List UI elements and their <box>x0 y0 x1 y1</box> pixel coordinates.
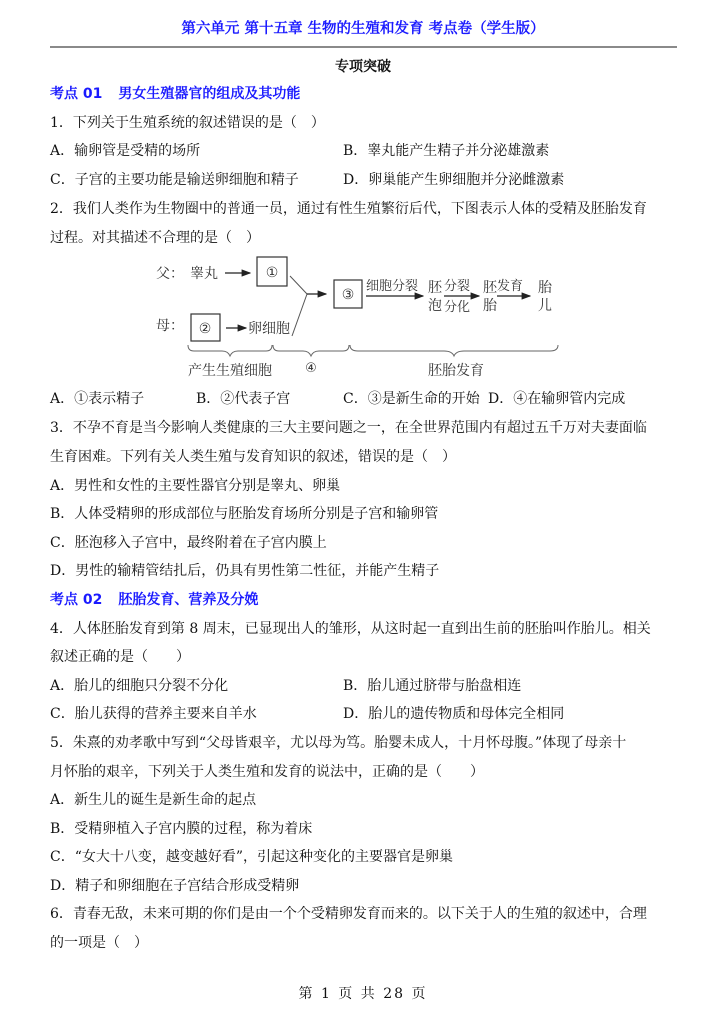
question-1-option-b: B．睾丸能产生精子并分泌雄激素 <box>343 141 549 161</box>
fertilization-diagram: 父： 睾丸 ① 母： ② 卵细胞 ③ 细胞分裂 胚 泡 分裂 <box>140 248 580 383</box>
page-number: 第 1 页 共 28 页 <box>0 983 726 1003</box>
question-6-stem-line2: 的一项是（ ） <box>50 933 148 953</box>
question-5-option-b: B．受精卵植入子宫内膜的过程，称为着床 <box>50 819 312 839</box>
egg-label: 卵细胞 <box>248 321 290 337</box>
question-5-option-d: D．精子和卵细胞在子宫结合形成受精卵 <box>50 876 299 896</box>
question-6-stem-line1: 6．青春无敌，未来可期的你们是由一个个受精卵发育而来的。以下关于人的生殖的叙述中… <box>50 904 647 924</box>
question-5-stem-line2: 月怀胎的艰辛，下列关于人类生殖和发育的说法中，正确的是（ ） <box>50 762 484 782</box>
question-5-stem-line1: 5．朱熹的劝孝歌中写到“父母皆艰辛，尤以母为笃。胎婴未成人，十月怀母腹。”体现了… <box>50 733 626 753</box>
question-3-option-d: D．男性的输精管结扎后，仍具有男性第二性征，并能产生精子 <box>50 561 439 581</box>
question-4-option-b: B．胎儿通过脐带与胎盘相连 <box>343 676 521 696</box>
question-3-option-b: B．人体受精卵的形成部位与胚胎发育场所分别是子宫和输卵管 <box>50 504 438 524</box>
question-2-stem-line2: 过程。对其描述不合理的是（ ） <box>50 228 260 248</box>
fetus-label-2: 儿 <box>538 298 552 314</box>
question-3-option-c: C．胚泡移入子宫中，最终附着在子宫内膜上 <box>50 533 327 553</box>
kaodian-title: 胚胎发育、营养及分娩 <box>118 592 258 608</box>
brace-label-4: ④ <box>305 361 317 376</box>
question-4-stem-line1: 4．人体胚胎发育到第 8 周末，已显现出人的雏形，从这时起一直到出生前的胚胎叫作… <box>50 619 651 639</box>
blastocyst-label-2: 泡 <box>428 298 442 314</box>
fetus-label-1: 胎 <box>538 280 553 296</box>
question-3-stem-line2: 生育困难。下列有关人类生殖与发育知识的叙述，错误的是（ ） <box>50 447 456 467</box>
brace-label-gamete: 产生生殖细胞 <box>188 362 272 379</box>
question-3-stem-line1: 3．不孕不育是当今影响人类健康的三大主要问题之一，在全世界范围内有超过五千万对夫… <box>50 418 647 438</box>
father-label: 父： <box>156 266 184 282</box>
split-label: 分裂 <box>444 279 470 294</box>
question-4-option-d: D．胎儿的遗传物质和母体完全相同 <box>343 704 564 724</box>
embryo-label-1: 胚 <box>483 280 498 296</box>
kaodian-code: 考点 01 <box>50 86 102 102</box>
document-page: 第六单元 第十五章 生物的生殖和发育 考点卷（学生版） 专项突破 考点 01男女… <box>0 0 726 1024</box>
question-4-option-c: C．胎儿获得的营养主要来自羊水 <box>50 704 257 724</box>
question-2-option-c: C．③是新生命的开始 <box>343 389 480 409</box>
box-2-label: ② <box>199 321 212 337</box>
cell-division-label: 细胞分裂 <box>366 279 418 294</box>
question-1-option-c: C．子宫的主要功能是输送卵细胞和精子 <box>50 170 299 190</box>
header-divider <box>50 46 677 48</box>
question-2-option-b: B．②代表子宫 <box>196 389 290 409</box>
brace-label-development: 胚胎发育 <box>428 362 484 379</box>
question-5-option-a: A．新生儿的诞生是新生命的起点 <box>50 790 256 810</box>
testis-label: 睾丸 <box>190 266 218 282</box>
question-1-option-d: D．卵巢能产生卵细胞并分泌雌激素 <box>343 170 564 190</box>
section-title: 专项突破 <box>0 56 726 76</box>
blastocyst-label-1: 胚 <box>428 280 443 296</box>
question-1-option-a: A．输卵管是受精的场所 <box>50 141 200 161</box>
differentiate-label: 分化 <box>444 300 470 315</box>
question-3-option-a: A．男性和女性的主要性器官分别是睾丸、卵巢 <box>50 476 340 496</box>
document-header-title: 第六单元 第十五章 生物的生殖和发育 考点卷（学生版） <box>0 17 726 38</box>
question-4-stem-line2: 叙述正确的是（ ） <box>50 647 190 667</box>
box-3-label: ③ <box>342 287 355 303</box>
mother-label: 母： <box>156 318 184 334</box>
question-1-stem: 1．下列关于生殖系统的叙述错误的是（ ） <box>50 113 325 133</box>
develop-label: 发育 <box>497 278 523 294</box>
question-2-option-d: D．④在输卵管内完成 <box>488 389 625 409</box>
kaodian-title: 男女生殖器官的组成及其功能 <box>118 86 300 102</box>
question-5-option-c: C．“女大十八变，越变越好看”，引起这种变化的主要器官是卵巢 <box>50 847 453 867</box>
kaodian-heading-01: 考点 01男女生殖器官的组成及其功能 <box>50 84 300 104</box>
kaodian-code: 考点 02 <box>50 592 102 608</box>
question-4-option-a: A．胎儿的细胞只分裂不分化 <box>50 676 228 696</box>
embryo-label-2: 胎 <box>483 298 498 314</box>
box-1-label: ① <box>266 265 279 281</box>
question-2-option-a: A．①表示精子 <box>50 389 144 409</box>
kaodian-heading-02: 考点 02胚胎发育、营养及分娩 <box>50 590 258 610</box>
question-2-stem-line1: 2．我们人类作为生物圈中的普通一员，通过有性生殖繁衍后代，下图表示人体的受精及胚… <box>50 199 647 219</box>
